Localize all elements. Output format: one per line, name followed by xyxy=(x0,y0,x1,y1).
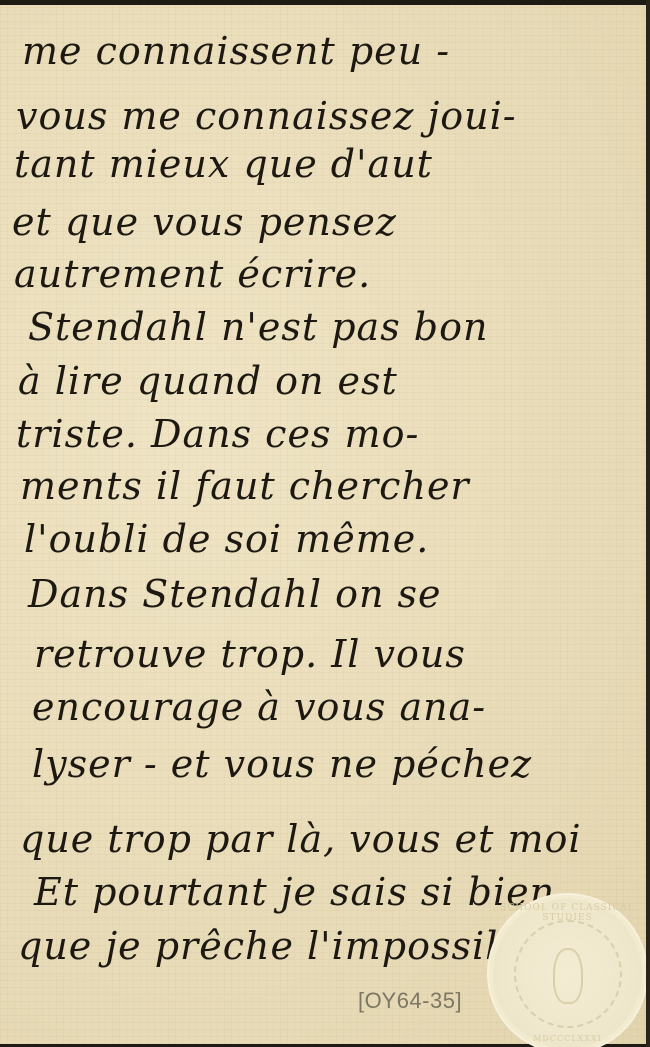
vase-icon xyxy=(553,948,583,1004)
handwritten-line: tant mieux que d'aut xyxy=(14,145,433,183)
handwritten-line: Stendahl n'est pas bon xyxy=(28,308,488,346)
handwritten-line: ments il faut chercher xyxy=(20,467,470,505)
seal-emblem xyxy=(514,920,622,1028)
handwritten-line: et que vous pensez xyxy=(12,203,397,241)
handwritten-line: que je prêche l'impossible xyxy=(18,927,547,965)
seal-date-text: MDCCCLXXXI xyxy=(489,1034,646,1043)
embossed-seal: SCHOOL OF CLASSICAL STUDIES MDCCCLXXXI xyxy=(487,893,648,1047)
handwritten-line: me connaissent peu - xyxy=(22,32,450,70)
handwritten-line: autrement écrire. xyxy=(14,255,371,293)
handwritten-line: lyser - et vous ne péchez xyxy=(32,745,532,783)
handwritten-line: l'oubli de soi même. xyxy=(24,520,429,558)
handwritten-line: retrouve trop. Il vous xyxy=(34,635,466,673)
handwritten-line: à lire quand on est xyxy=(18,362,398,400)
handwritten-line: Dans Stendahl on se xyxy=(28,575,442,613)
page-edge xyxy=(646,0,650,1047)
letter-page: me connaissent peu - vous me connaissez … xyxy=(0,5,646,1044)
handwritten-line: vous me connaissez joui- xyxy=(16,97,517,135)
handwritten-line: que trop par là, vous et moi xyxy=(20,820,582,858)
handwritten-line: Et pourtant je sais si bien xyxy=(34,873,555,911)
handwritten-line: triste. Dans ces mo- xyxy=(16,415,419,453)
seal-ring-text: SCHOOL OF CLASSICAL STUDIES xyxy=(489,903,646,923)
archive-reference: [ΟΥ64-35] xyxy=(358,988,462,1014)
handwritten-line: encourage à vous ana- xyxy=(32,688,486,726)
